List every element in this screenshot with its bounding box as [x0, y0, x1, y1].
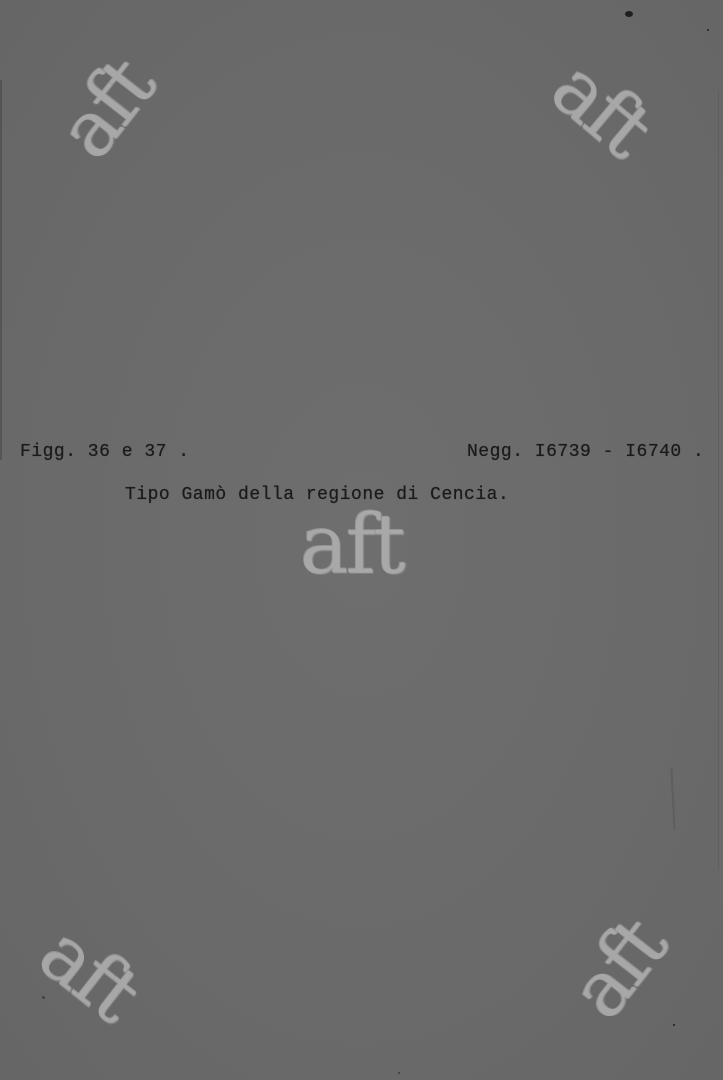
watermark-bottom-left: aft [26, 913, 151, 1035]
scan-edge-left [0, 80, 2, 460]
scanned-document-card: aft aft aft aft aft Figg. 36 e 37 . Negg… [0, 0, 723, 1080]
scan-edge-right [718, 90, 719, 870]
dust-speck [625, 11, 633, 17]
negative-reference: Negg. I6739 - I6740 . [467, 442, 704, 462]
watermark-bottom-right: aft [558, 906, 680, 1031]
watermark-top-left: aft [46, 46, 168, 171]
dust-speck [398, 1072, 400, 1074]
photo-caption: Tipo Gamò della regione di Cencia. [125, 485, 509, 505]
figure-reference: Figg. 36 e 37 . [20, 442, 190, 462]
film-scratch [670, 768, 675, 830]
watermark-top-right: aft [538, 48, 663, 171]
dust-speck [673, 1024, 675, 1026]
watermark-center: aft [300, 505, 403, 587]
dust-speck [707, 29, 709, 31]
